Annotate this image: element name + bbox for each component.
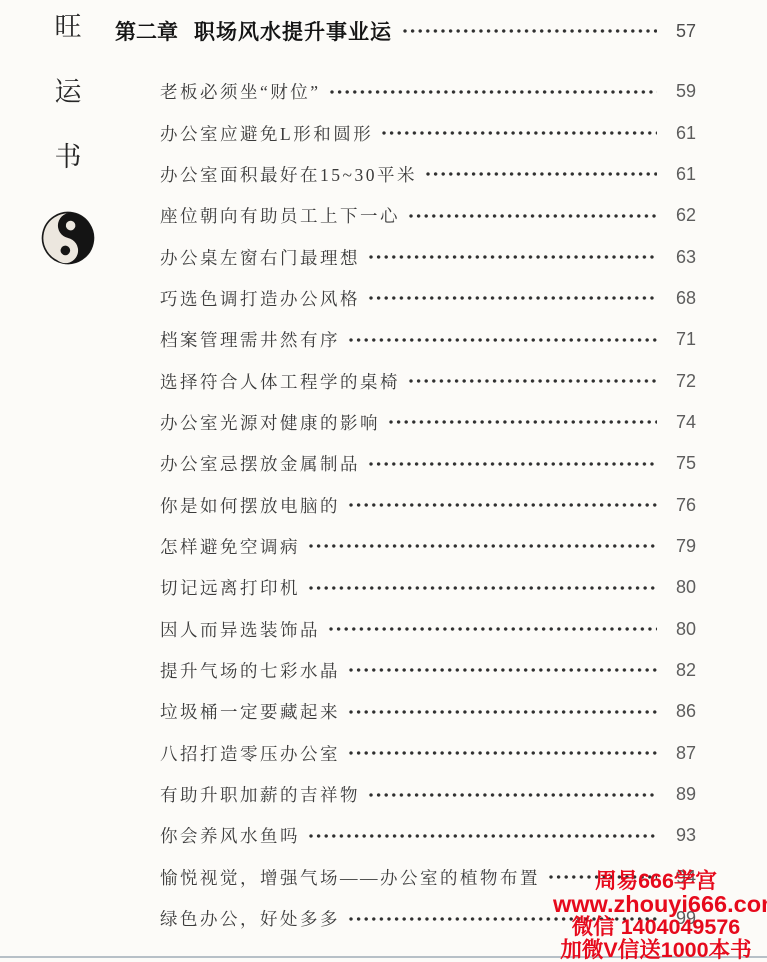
toc-row: 档案管理需井然有序 71 [160,319,700,360]
dotted-leader [402,28,657,34]
toc-row: 选择符合人体工程学的桌椅 72 [160,360,700,401]
dotted-leader [348,750,657,756]
dotted-leader [368,461,657,467]
dotted-leader [388,419,657,425]
chapter-label: 第二章 [115,16,178,46]
dotted-leader [308,833,657,839]
dotted-leader [348,667,657,673]
toc-row: 办公室光源对健康的影响 74 [160,402,700,443]
toc-row: 切记远离打印机 80 [160,567,700,608]
spine-char-2: 运 [55,79,82,106]
toc-entry-title: 办公室忌摆放金属制品 [160,451,360,476]
dotted-leader [328,626,657,632]
toc-page: 旺 运 书 第二章 职场风水提升事业运 57 老板必须坐“财位” [0,0,767,962]
toc-row: 座位朝向有助员工上下一心 62 [160,195,700,236]
dotted-leader [368,792,657,798]
toc-page-number: 87 [676,743,700,764]
toc-page-number: 75 [676,453,700,474]
toc-page-number: 93 [676,825,700,846]
spine-char-1: 旺 [55,14,82,41]
toc-page-number: 80 [676,619,700,640]
toc-entry-title: 提升气场的七彩水晶 [160,658,340,683]
yin-yang-icon [41,211,95,265]
toc-row: 办公室忌摆放金属制品 75 [160,443,700,484]
dotted-leader [368,295,657,301]
toc-entry-title: 绿色办公，好处多多 [160,906,340,931]
toc-row: 垃圾桶一定要藏起来 86 [160,691,700,732]
toc-entry-title: 你是如何摆放电脑的 [160,493,340,518]
toc-page-number: 86 [676,701,700,722]
toc-entry-title: 八招打造零压办公室 [160,741,340,766]
watermark-line-wechat: 微信 1404049576 [553,916,759,939]
toc-row: 办公室面积最好在15~30平米 61 [160,154,700,195]
toc-entry-title: 座位朝向有助员工上下一心 [160,203,400,228]
chapter-page-number: 57 [676,21,700,42]
toc-page-number: 71 [676,329,700,350]
toc-page-number: 61 [676,164,700,185]
toc-entry-title: 办公桌左窗右门最理想 [160,245,360,270]
toc-entry-title: 垃圾桶一定要藏起来 [160,699,340,724]
toc-entry-title: 愉悦视觉，增强气场——办公室的植物布置 [160,865,540,890]
dotted-leader [348,709,657,715]
toc-page-number: 80 [676,577,700,598]
toc-entry-title: 老板必须坐“财位” [160,79,321,104]
toc-entry-title: 有助升职加薪的吉祥物 [160,782,360,807]
toc-row: 提升气场的七彩水晶 82 [160,650,700,691]
toc-row: 办公室应避免L形和圆形 61 [160,112,700,153]
toc-row: 你是如何摆放电脑的 76 [160,484,700,525]
dotted-leader [308,543,657,549]
toc-entry-title: 切记远离打印机 [160,575,300,600]
toc-entry-title: 档案管理需井然有序 [160,327,340,352]
toc-page-number: 72 [676,371,700,392]
toc-entry-title: 怎样避免空调病 [160,534,300,559]
watermark: 周易666学宫 www.zhouyi666.com 微信 1404049576 … [553,870,759,962]
toc-entry-title: 巧选色调打造办公风格 [160,286,360,311]
toc-page-number: 76 [676,495,700,516]
watermark-line-promo: 加微V信送1000本书 [553,939,759,962]
book-spine: 旺 运 书 [40,14,96,265]
toc-page-number: 63 [676,247,700,268]
watermark-line-url: www.zhouyi666.com [553,893,759,916]
toc-entry-title: 你会养风水鱼吗 [160,823,300,848]
dotted-leader [329,89,657,95]
toc-page-number: 82 [676,660,700,681]
toc-entry-title: 办公室光源对健康的影响 [160,410,380,435]
toc-page-number: 59 [676,81,700,102]
toc-entry-title: 因人而异选装饰品 [160,617,320,642]
toc-row: 你会养风水鱼吗 93 [160,815,700,856]
dotted-leader [408,378,657,384]
toc-entry-title: 选择符合人体工程学的桌椅 [160,369,400,394]
toc-page-number: 61 [676,123,700,144]
toc-page-number: 62 [676,205,700,226]
toc-page-number: 74 [676,412,700,433]
spine-char-3: 书 [55,144,82,171]
dotted-leader [408,213,657,219]
toc-row: 因人而异选装饰品 80 [160,608,700,649]
toc-row: 巧选色调打造办公风格 68 [160,278,700,319]
watermark-line-site-name: 周易666学宫 [553,870,759,893]
dotted-leader [348,502,657,508]
toc-entry-title: 办公室面积最好在15~30平米 [160,162,417,187]
dotted-leader [381,130,657,136]
toc-list: 老板必须坐“财位” 59 办公室应避免L形和圆形 61 办公室面积最好在15~3… [160,71,700,939]
dotted-leader [368,254,657,260]
dotted-leader [308,585,657,591]
toc-row: 怎样避免空调病 79 [160,526,700,567]
toc-page-number: 68 [676,288,700,309]
dotted-leader [348,337,657,343]
chapter-title: 职场风水提升事业运 [194,16,392,46]
toc-page-number: 79 [676,536,700,557]
toc-row: 办公桌左窗右门最理想 63 [160,236,700,277]
toc-row: 老板必须坐“财位” 59 [160,71,700,112]
chapter-heading-row: 第二章 职场风水提升事业运 57 [115,16,700,46]
dotted-leader [425,171,657,177]
toc-row: 有助升职加薪的吉祥物 89 [160,774,700,815]
toc-page-number: 89 [676,784,700,805]
toc-row: 八招打造零压办公室 87 [160,733,700,774]
toc-entry-title: 办公室应避免L形和圆形 [160,121,373,146]
